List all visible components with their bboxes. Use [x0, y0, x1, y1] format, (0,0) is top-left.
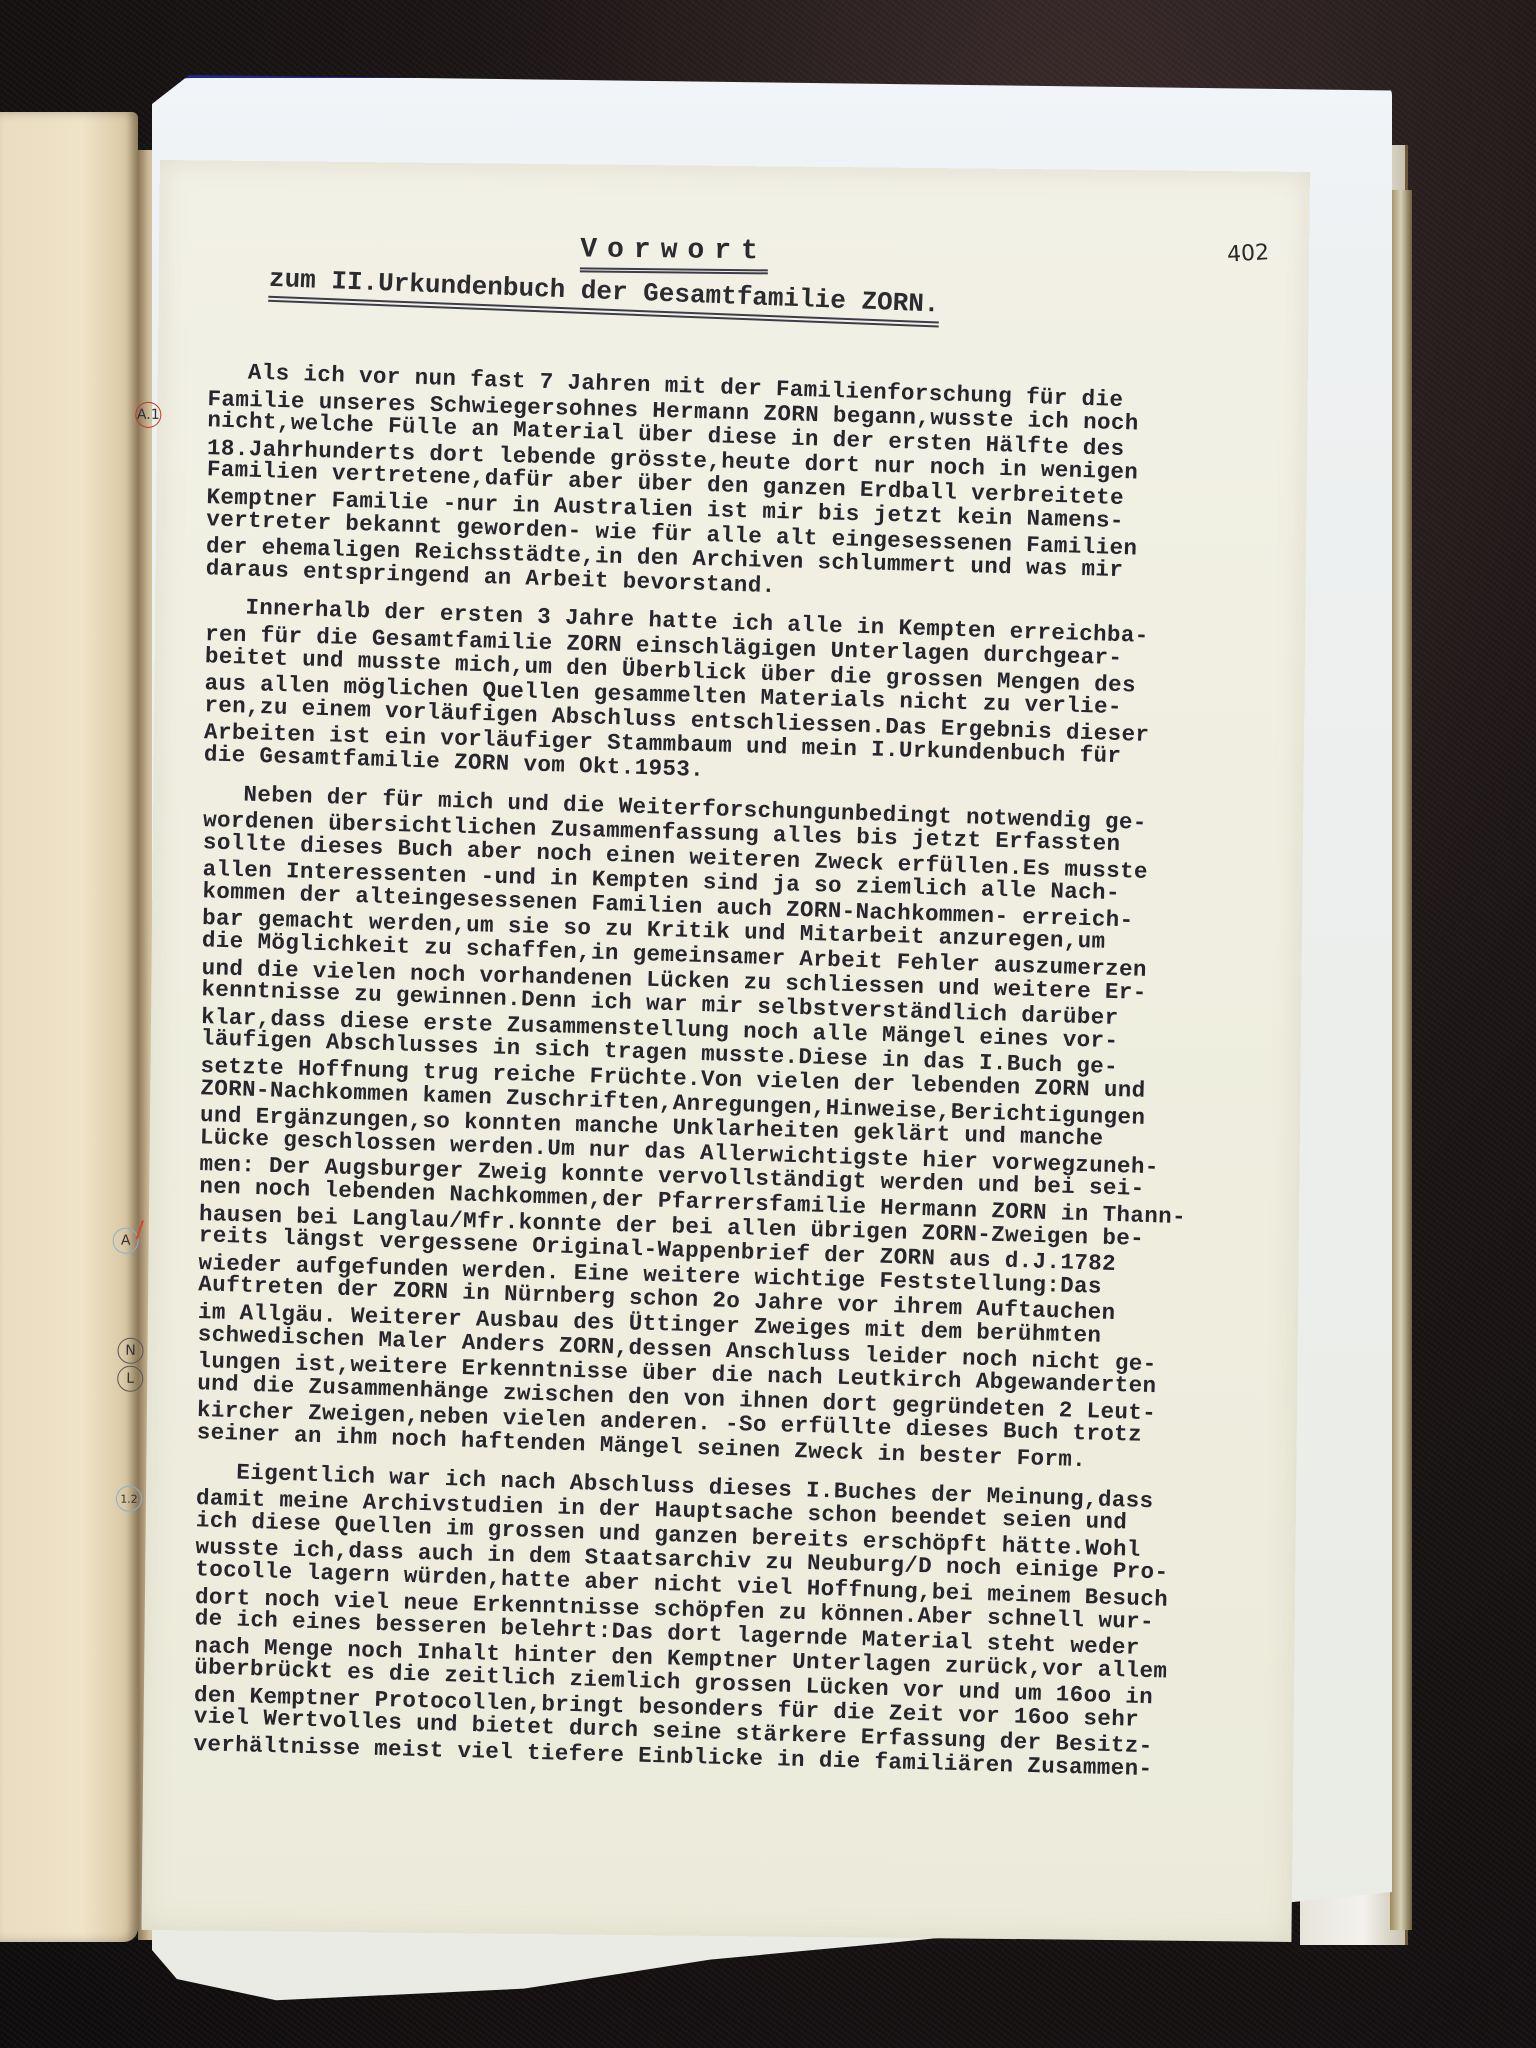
paragraph: Neben der für mich und die Weiterforschu… — [196, 792, 1275, 1467]
margin-annotation-1-2: 1.2 — [116, 1486, 142, 1512]
document-title: Vorwort — [580, 234, 768, 274]
margin-annotation-a1: A.1 — [135, 402, 161, 428]
binder-edge — [1390, 190, 1412, 1930]
margin-annotation-l: L — [117, 1366, 143, 1392]
margin-annotation-n: N — [117, 1338, 143, 1364]
margin-annotation-a: A — [113, 1228, 139, 1254]
paragraph: Innerhalb der ersten 3 Jahre hatte ich a… — [204, 606, 1278, 789]
paragraph: Als ich vor nun fast 7 Jahren mit der Fa… — [205, 371, 1279, 604]
document-body: Als ich vor nun fast 7 Jahren mit der Fa… — [193, 371, 1280, 1791]
paragraph: Eigentlich war ich nach Abschluss dieses… — [193, 1470, 1268, 1776]
left-book-page — [0, 112, 138, 1942]
title-block: Vorwort zum II.Urkundenbuch der Gesamtfa… — [158, 230, 1309, 322]
document-subtitle: zum II.Urkundenbuch der Gesamtfamilie ZO… — [268, 264, 940, 328]
typed-document-page: 402 Vorwort zum II.Urkundenbuch der Gesa… — [141, 160, 1309, 1942]
